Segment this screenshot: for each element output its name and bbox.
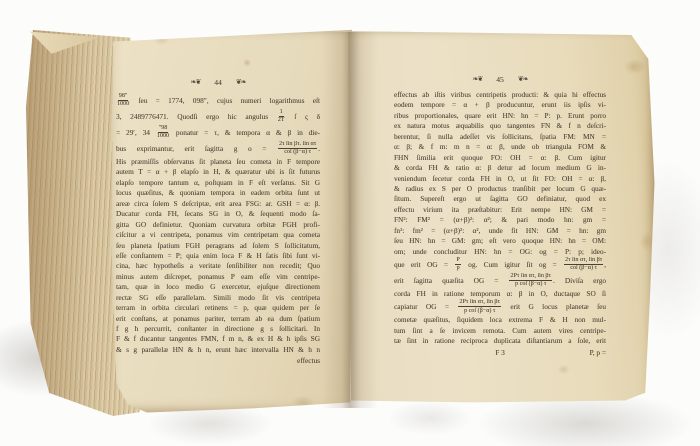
text-line: cina, hæc hypotheſis a veritate ſenſibil…: [116, 261, 320, 271]
inline-fraction: 2Pτ ſin ατ, ſin βτp coſ (β−α) τ: [458, 299, 501, 314]
page-header: ❧❦ 45 ❦❧: [394, 73, 606, 85]
text-line: rectæ SG eſſe parallelam. Simili modo ſi…: [116, 293, 320, 303]
signature-line: F 3 P, p =: [394, 347, 606, 358]
text-line: corda FH in ratione temporum α: β in O, …: [394, 289, 606, 299]
text-line: ex natura motus æquabilis quo tangentes …: [394, 121, 606, 131]
text-line: erit ſagitta quæſita OG = 2Pτ ſin ατ, ſi…: [394, 273, 606, 289]
inline-fraction: 2τ ſin ατ, ſin βτcoſ (β−α) τ: [564, 257, 603, 272]
inline-fraction: 2Pτ ſin ατ, ſin βτp coſ (β−α) τ: [509, 273, 552, 288]
text-line: elapſo tempore tantum α, poſtquam in F e…: [116, 178, 320, 188]
page-header: ❧❦ 44 ❦❧: [116, 76, 320, 88]
text-line: veniendum ſecetur corda FH in O, ut ſit …: [394, 174, 606, 184]
text-line: terram in orbita circulari retinens = p,…: [116, 303, 320, 313]
fleuron-ornament-icon: ❧❦: [190, 78, 200, 86]
text-line: effectus ab iſtis viribus centripetis pr…: [394, 90, 606, 100]
catchword: P, p =: [590, 347, 607, 358]
fleuron-ornament-icon: ❧❦: [472, 75, 482, 83]
text-line: & corda FH & ratio α: β detur ad locum m…: [394, 163, 606, 173]
gathering-signature: F 3: [394, 347, 606, 358]
text-line: autem T = α + β elapſo in H, & quæratur …: [116, 167, 320, 177]
page-body: effectus ab iſtis viribus centripetis pr…: [394, 90, 606, 347]
text-line: berentur, ſi nulla adeſſet vis ſollicita…: [394, 132, 606, 142]
text-line: α: β; & f m: m n = α: β, unde ob triangu…: [394, 142, 606, 152]
text-line: fn²: fm² = (α+β)²: α², unde fit HN: GM =…: [394, 226, 606, 236]
text-line: minus autem diſcrepet, ponamus P eam eſſ…: [116, 272, 320, 282]
text-line: ſeu planeta ſpatium FGH peragrans ad ſol…: [116, 241, 320, 251]
text-line: ribus proportionales, quare erit HN: hn …: [394, 111, 606, 121]
catchword: effectus: [116, 355, 320, 366]
text-line: eodem tempore = α + β producuntur, erunt…: [394, 100, 606, 110]
text-line: erit conſtans, at ponamus pariter, terra…: [116, 314, 320, 324]
text-line: Ducatur corda FH, ſecans SG in O, & ſequ…: [116, 209, 320, 219]
text-line: ſeu HN: hn = GM: gm; eſt vero quoque HN:…: [394, 236, 606, 246]
right-page-text: ❧❦ 45 ❦❧ effectus ab iſtis viribus centr…: [394, 73, 606, 358]
inline-fraction: 12T: [278, 109, 285, 124]
text-line: His præmiſſis obſervatus ſit planeta ſeu…: [116, 157, 320, 167]
page-body: 98″1000 ſeu = 1774, 098″, cujus numeri l…: [116, 93, 320, 355]
text-line: locus quæſitus, & quoniam tempora in ead…: [116, 188, 320, 198]
page-number: 44: [214, 78, 222, 87]
left-page-text: ❧❦ 44 ❦❧ 98″1000 ſeu = 1774, 098″, cujus…: [116, 76, 320, 366]
text-line: capiatur OG = 2Pτ ſin ατ, ſin βτp coſ (β…: [394, 299, 606, 315]
text-line: F & f ducantur tangentes FMN, f m n, & e…: [116, 334, 320, 344]
fleuron-ornament-icon: ❦❧: [236, 78, 246, 86]
inline-fraction: 98″1000: [117, 93, 129, 108]
inline-fraction: Pp: [455, 257, 460, 272]
text-line: & radius ex S per O productus tranſibit …: [394, 184, 606, 194]
fleuron-ornament-icon: ❦❧: [518, 75, 528, 83]
text-line: que erit OG = Pp og. Cum igitur ſit og =…: [394, 257, 606, 273]
text-line: ciſcitur a vi centripeta, ponamus vim ce…: [116, 230, 320, 240]
text-line: om; unde concluditur HN: hn = OG: og = P…: [394, 247, 606, 257]
text-line: eſſe conſtantem = P; quia enim loca F & …: [116, 251, 320, 261]
text-line: FHN ſimilia erit quoque FO: OH = α: β. C…: [394, 153, 606, 163]
text-line: bus exprimantur, erit ſagitta g o = 2τ ſ…: [116, 141, 320, 157]
text-line: FN²: FM² = (α+β)²: α²; & pari modo hn: g…: [394, 215, 606, 225]
text-line: gitta GO definietur. Quoniam curvatura o…: [116, 220, 320, 230]
text-line: & s g parallelæ HN & h n, erunt hæc inte…: [116, 345, 320, 355]
text-line: tæ ſint in ratione reciproca duplicata d…: [394, 336, 606, 346]
text-line: cometæ quæſitus, ſiquidem loca extrema F…: [394, 315, 606, 325]
text-line: f g h percurrit, conſtanter in direction…: [116, 324, 320, 334]
text-line: 98″1000 ſeu = 1774, 098″, cujus numeri l…: [116, 93, 320, 109]
text-line: ſitum. Supereſt ergo ut ſagitta GO defin…: [394, 194, 606, 204]
page-number: 45: [496, 75, 504, 84]
text-line: areæ circa ſolem S deſcriptæ, erit area …: [116, 199, 320, 209]
text-line: effectu virium ita præſtabitur: Erit nem…: [394, 205, 606, 215]
inline-fraction: 2τ ſin βτ. ſin ατcoſ (β−α) τ: [278, 141, 317, 156]
text-line: tam, quæ in loco medio G exercetur, ejuſ…: [116, 282, 320, 292]
text-line: 3, 2489776471. Quodſi ergo hic angulus 1…: [116, 109, 320, 125]
text-line: tum ſint a ſe invicem remota. Cum autem …: [394, 326, 606, 336]
inline-fraction: ″981000: [157, 125, 169, 140]
text-line: = 29′, 34 ″981000 ponatur = τ, & tempora…: [116, 125, 320, 141]
